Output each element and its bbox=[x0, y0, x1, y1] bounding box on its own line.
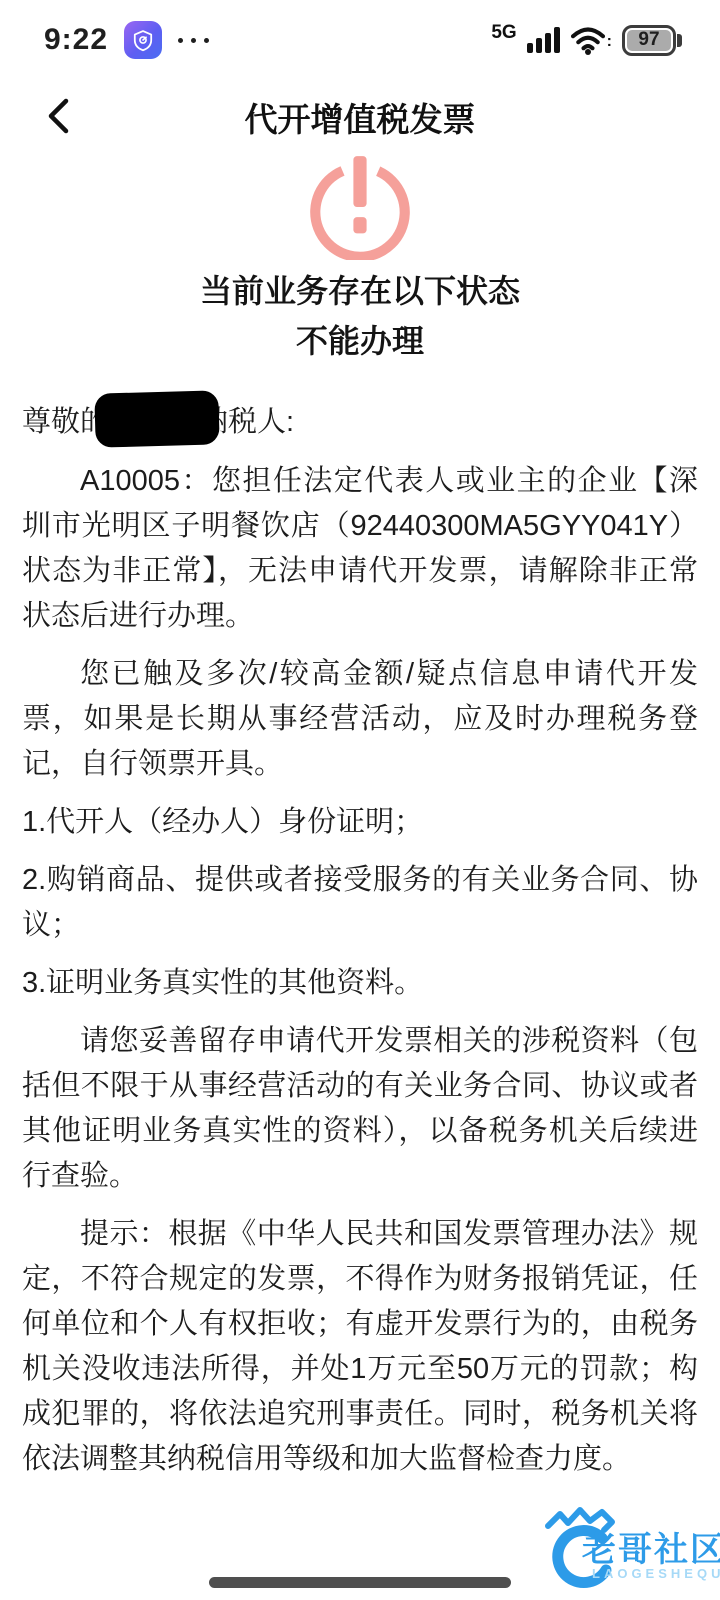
watermark-latin: LAOGESHEQU bbox=[592, 1566, 720, 1581]
watermark-name: 老哥社区 bbox=[582, 1522, 720, 1571]
battery-icon: 97 bbox=[622, 25, 682, 56]
list-item-1: 1.代开人（经办人）身份证明； bbox=[22, 800, 698, 845]
navigation-bar: 代开增值税发票 bbox=[0, 84, 720, 150]
community-watermark: 老哥社区 LAOGESHEQU bbox=[540, 1492, 712, 1598]
home-indicator[interactable] bbox=[209, 1577, 511, 1588]
shield-icon bbox=[130, 27, 156, 53]
screen: 9:22 5G : bbox=[0, 0, 720, 1600]
warning-exclamation-icon bbox=[299, 156, 421, 265]
paragraph-trigger-warning: 您已触及多次/较高金额/疑点信息申请代开发票，如果是长期从事经营活动，应及时办理… bbox=[22, 652, 698, 787]
paragraph-retain-documents: 请您妥善留存申请代开发票相关的涉税资料（包括但不限于从事经营活动的有关业务合同、… bbox=[22, 1019, 698, 1199]
wifi-assistant-indicator: : bbox=[607, 33, 612, 51]
battery-percentage: 97 bbox=[638, 29, 659, 51]
clock: 9:22 bbox=[44, 23, 108, 57]
alert-status-line1: 当前业务存在以下状态 bbox=[0, 266, 720, 316]
more-notifications-icon bbox=[178, 38, 209, 43]
notice-body: 尊敬的纳税人: A10005：您担任法定代表人或业主的企业【深圳市光明区子明餐饮… bbox=[22, 392, 698, 1495]
network-type-label: 5G bbox=[491, 22, 516, 44]
list-item-2: 2.购销商品、提供或者接受服务的有关业务合同、协议； bbox=[22, 858, 698, 948]
signal-strength-icon bbox=[527, 27, 560, 53]
security-app-notification-icon bbox=[124, 21, 162, 59]
greeting-line: 尊敬的纳税人: bbox=[22, 392, 698, 446]
redaction-mark bbox=[94, 390, 219, 447]
alert-status-line2: 不能办理 bbox=[0, 316, 720, 366]
list-item-3: 3.证明业务真实性的其他资料。 bbox=[22, 961, 698, 1006]
paragraph-abnormal-status: A10005：您担任法定代表人或业主的企业【深圳市光明区子明餐饮店（924403… bbox=[22, 459, 698, 639]
wifi-icon: : bbox=[570, 25, 612, 55]
status-bar: 9:22 5G : bbox=[0, 0, 720, 70]
page-title: 代开增值税发票 bbox=[0, 84, 720, 150]
alert-status-title: 当前业务存在以下状态 不能办理 bbox=[0, 266, 720, 366]
paragraph-legal-tip: 提示：根据《中华人民共和国发票管理办法》规定，不符合规定的发票，不得作为财务报销… bbox=[22, 1212, 698, 1482]
